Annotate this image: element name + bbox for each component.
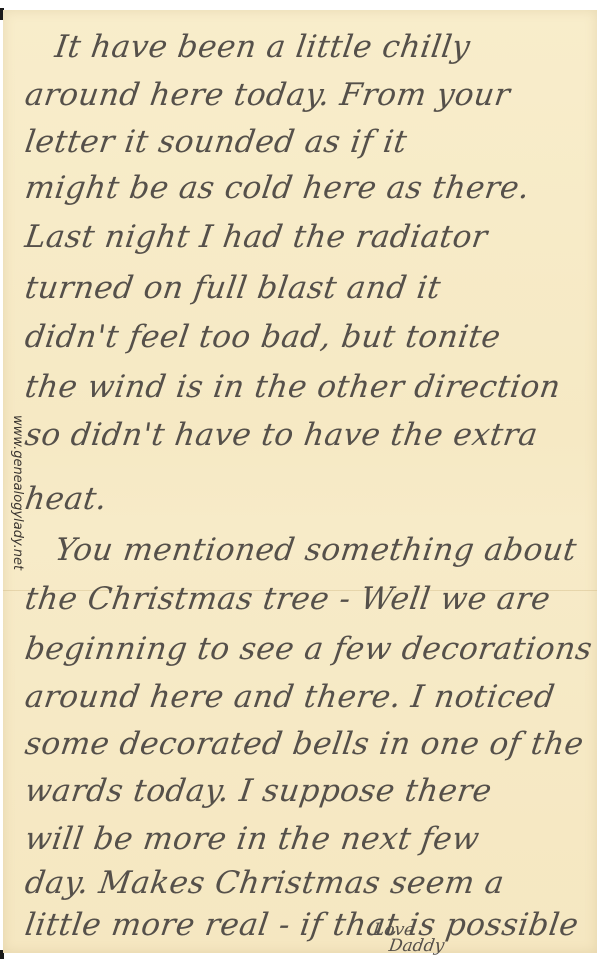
letter-line-18: day. Makes Christmas seem a xyxy=(23,868,506,899)
letter-page: It have been a little chilly around here… xyxy=(3,10,597,953)
letter-line-1: It have been a little chilly xyxy=(53,32,472,63)
watermark-text: www.genealogylady.net xyxy=(10,415,25,570)
letter-line-2: around here today. From your xyxy=(23,80,512,111)
letter-line-15: some decorated bells in one of the xyxy=(23,729,586,760)
letter-line-4: might be as cold here as there. xyxy=(23,173,532,204)
letter-line-19: little more real - if that is possible xyxy=(23,910,581,941)
letter-line-11: You mentioned something about xyxy=(53,535,579,566)
letter-line-16: wards today. I suppose there xyxy=(23,776,494,807)
letter-line-17: will be more in the next few xyxy=(23,824,481,855)
letter-line-8: the wind is in the other direction xyxy=(23,372,563,403)
letter-signature: Daddy xyxy=(388,936,446,956)
watermark: www.genealogylady.net xyxy=(7,415,29,615)
letter-line-7: didn't feel too bad, but tonite xyxy=(23,322,503,353)
letter-line-9: so didn't have to have the extra xyxy=(23,420,540,451)
letter-line-14: around here and there. I noticed xyxy=(23,682,557,713)
letter-line-13: beginning to see a few decorations xyxy=(23,634,594,665)
letter-line-3: letter it sounded as if it xyxy=(23,127,409,158)
letter-body: It have been a little chilly around here… xyxy=(3,10,597,953)
letter-line-12: the Christmas tree - Well we are xyxy=(23,584,552,615)
letter-line-10: heat. xyxy=(23,484,109,515)
letter-line-6: turned on full blast and it xyxy=(23,273,443,304)
letter-line-5: Last night I had the radiator xyxy=(23,222,489,253)
